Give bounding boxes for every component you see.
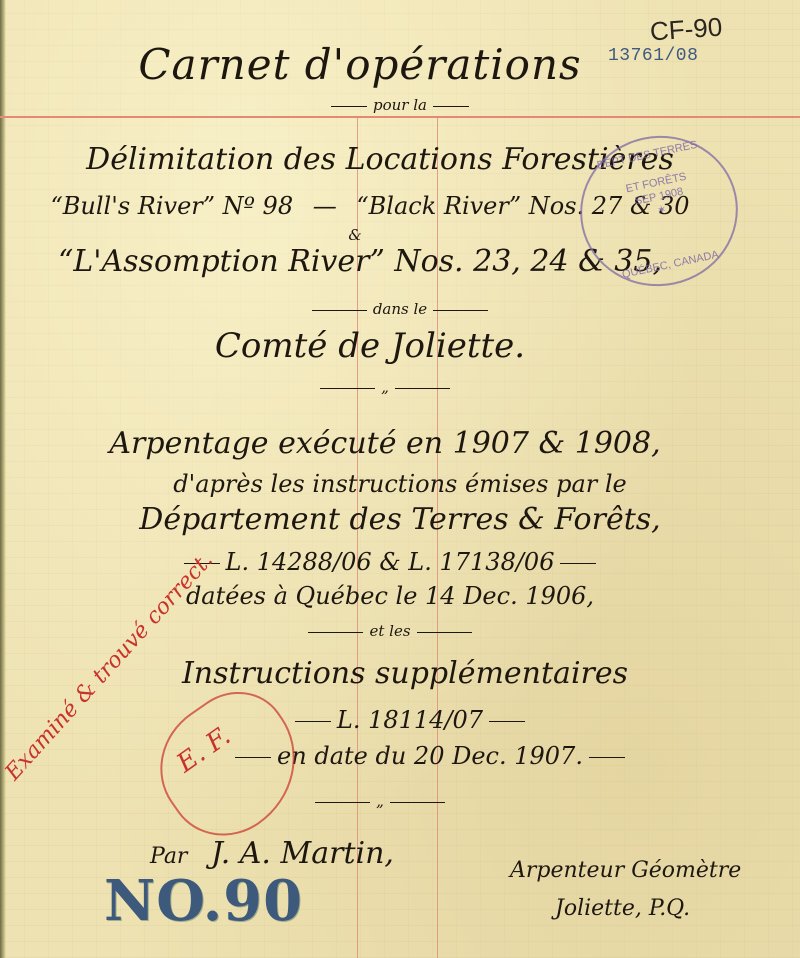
notebook-cover-page: CF-90 13761/08 Carnet d'opérations pour … xyxy=(0,0,800,958)
section-separator-1: „ xyxy=(0,378,785,396)
department-name: Département des Terres & Forêts, xyxy=(0,502,800,537)
author-title: Arpenteur Géomètre xyxy=(510,858,741,883)
author-name: J. A. Martin, xyxy=(211,836,394,871)
bulls-river: “Bull's River” Nº 98 xyxy=(51,192,294,220)
survey-line: Arpentage exécuté en 1907 & 1908, xyxy=(0,426,785,461)
supplementary-date: en date du 20 Dec. 1907. xyxy=(30,742,800,770)
author-place: Joliette, P.Q. xyxy=(555,896,690,921)
author-byline: Par J. A. Martin, xyxy=(150,836,394,871)
letter-references: L. 14288/06 & L. 17138/06 xyxy=(0,548,790,576)
connector-pour-la: pour la xyxy=(0,96,800,114)
supplementary-reference: L. 18114/07 xyxy=(10,706,800,734)
dated-line: datées à Québec le 14 Dec. 1906, xyxy=(0,582,790,610)
red-header-rule xyxy=(0,116,800,118)
section-separator-2: „ xyxy=(0,792,780,810)
county-name: Comté de Joliette. xyxy=(0,326,770,366)
instructions-line: d'après les instructions émises par le xyxy=(0,470,800,498)
by-label: Par xyxy=(150,844,187,869)
document-title: Carnet d'opérations xyxy=(0,40,760,89)
number-stamp: NO.90 xyxy=(104,868,303,934)
connector-dans-le: dans le xyxy=(0,300,800,318)
